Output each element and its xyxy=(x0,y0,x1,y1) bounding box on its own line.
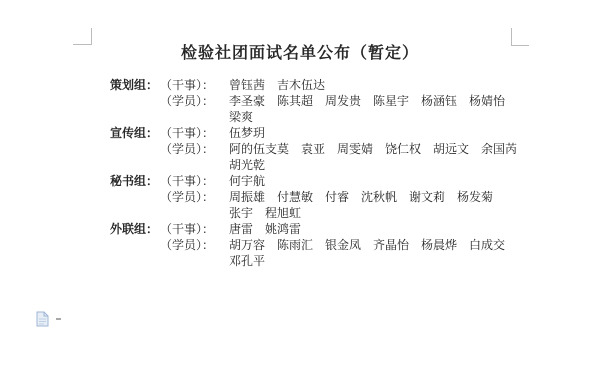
names-list: 唐雷 姚鸿雷 xyxy=(224,221,560,237)
group-row: 秘书组： （干事）： 何宇航 xyxy=(110,173,560,189)
names-line: 梁爽 xyxy=(229,109,560,125)
names-line: 邓孔平 xyxy=(229,253,560,269)
names-line: 张宇 程旭虹 xyxy=(229,205,560,221)
names-list: 伍梦玥 xyxy=(224,125,560,141)
role-label: （干事）： xyxy=(160,173,224,189)
names-line: 阿的伍支莫 袁亚 周雯婧 饶仁权 胡远文 余国芮 xyxy=(229,141,560,157)
role-label: （干事）： xyxy=(160,125,224,141)
group-row: 策划组： （干事）： 曾钰茜 吉木伍达 xyxy=(110,77,560,93)
group-row: （学员）： 周振雄 付慧敏 付睿 沈秋帆 谢文莉 杨发菊 张宇 程旭虹 xyxy=(110,189,560,221)
group-row: 外联组： （干事）： 唐雷 姚鸿雷 xyxy=(110,221,560,237)
names-line: 伍梦玥 xyxy=(229,125,560,141)
name-list-content: 策划组： （干事）： 曾钰茜 吉木伍达 （学员）： 李圣豪 陈其超 周发贵 陈星… xyxy=(110,77,560,269)
role-label: （学员）： xyxy=(160,93,224,109)
document-icon[interactable] xyxy=(36,311,49,327)
small-dash-mark xyxy=(56,318,61,320)
names-line: 周振雄 付慧敏 付睿 沈秋帆 谢文莉 杨发菊 xyxy=(229,189,560,205)
names-line: 唐雷 姚鸿雷 xyxy=(229,221,560,237)
names-line: 李圣豪 陈其超 周发贵 陈星宇 杨涵钰 杨婧怡 xyxy=(229,93,560,109)
group-row: （学员）： 阿的伍支莫 袁亚 周雯婧 饶仁权 胡远文 余国芮 胡光乾 xyxy=(110,141,560,173)
names-line: 曾钰茜 吉木伍达 xyxy=(229,77,560,93)
names-list: 胡万容 陈雨汇 银金凤 齐晶怡 杨晨烨 白成交 邓孔平 xyxy=(224,237,560,269)
names-line: 胡光乾 xyxy=(229,157,560,173)
names-list: 曾钰茜 吉木伍达 xyxy=(224,77,560,93)
group-row: （学员）： 李圣豪 陈其超 周发贵 陈星宇 杨涵钰 杨婧怡 梁爽 xyxy=(110,93,560,125)
role-label: （干事）： xyxy=(160,77,224,93)
names-line: 何宇航 xyxy=(229,173,560,189)
page-title: 检验社团面试名单公布（暂定） xyxy=(0,40,600,63)
role-label: （干事）： xyxy=(160,221,224,237)
group-row: 宣传组： （干事）： 伍梦玥 xyxy=(110,125,560,141)
group-name: 策划组： xyxy=(110,77,160,93)
group-row: （学员）： 胡万容 陈雨汇 银金凤 齐晶怡 杨晨烨 白成交 邓孔平 xyxy=(110,237,560,269)
role-label: （学员）： xyxy=(160,189,224,205)
document-page: 检验社团面试名单公布（暂定） 策划组： （干事）： 曾钰茜 吉木伍达 （学员）：… xyxy=(0,0,600,380)
names-list: 李圣豪 陈其超 周发贵 陈星宇 杨涵钰 杨婧怡 梁爽 xyxy=(224,93,560,125)
group-name: 外联组： xyxy=(110,221,160,237)
names-line: 胡万容 陈雨汇 银金凤 齐晶怡 杨晨烨 白成交 xyxy=(229,237,560,253)
group-name: 秘书组： xyxy=(110,173,160,189)
group-name: 宣传组： xyxy=(110,125,160,141)
names-list: 阿的伍支莫 袁亚 周雯婧 饶仁权 胡远文 余国芮 胡光乾 xyxy=(224,141,560,173)
names-list: 何宇航 xyxy=(224,173,560,189)
role-label: （学员）： xyxy=(160,141,224,157)
role-label: （学员）： xyxy=(160,237,224,253)
names-list: 周振雄 付慧敏 付睿 沈秋帆 谢文莉 杨发菊 张宇 程旭虹 xyxy=(224,189,560,221)
